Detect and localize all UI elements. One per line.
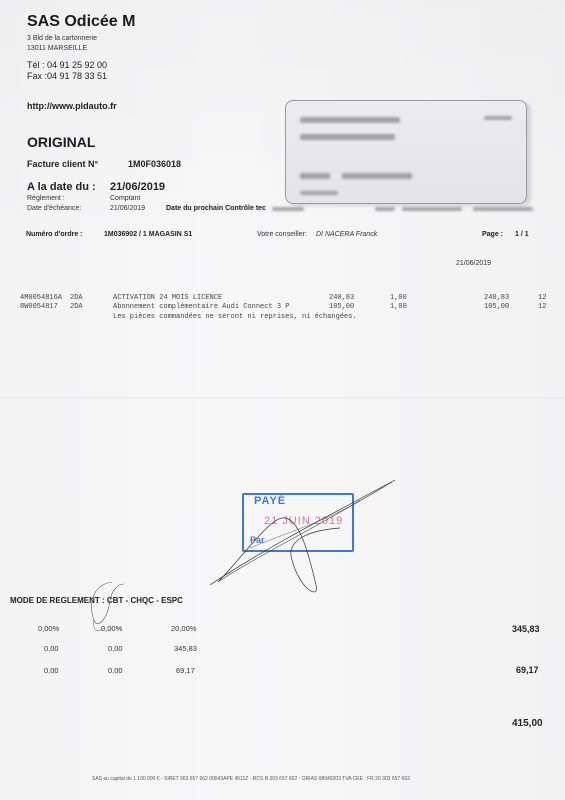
company-fax: Fax :04 91 78 33 51 — [27, 71, 107, 81]
payment-label: Réglement : — [27, 195, 65, 202]
line-description: ACTIVATION 24 MOIS LICENCE — [113, 294, 222, 302]
tax-base: 0,00 — [44, 644, 59, 653]
line-ref: 8W0054817 — [20, 303, 58, 311]
order-date: 21/06/2019 — [456, 260, 491, 267]
company-phone: Tél : 04 91 25 92 00 — [27, 60, 107, 70]
redacted-phone — [402, 207, 462, 211]
redacted-customer-zip — [300, 173, 330, 179]
customer-address-box — [285, 100, 527, 204]
total-ht: 345,83 — [512, 624, 540, 634]
tax-rate: 0,00% — [38, 624, 59, 633]
redacted-text — [375, 207, 395, 211]
redacted-customer-city — [342, 173, 412, 179]
line-code: 2DA — [70, 294, 83, 302]
tax-base: 0,00 — [108, 644, 123, 653]
next-inspection-label: Date du prochain Contrôle tec — [166, 205, 266, 212]
tax-amount: 69,17 — [176, 666, 195, 675]
advisor-name: DI NACERA Franck — [316, 231, 377, 238]
redacted-text — [484, 116, 512, 120]
redacted-customer-country — [300, 191, 338, 195]
invoice-number-label: Facture client N° — [27, 159, 98, 169]
redacted-phone — [473, 207, 533, 211]
line-unit-price: 105,00 — [329, 303, 354, 311]
redacted-customer-name — [300, 117, 400, 123]
legal-footer: SAS au capital de 1 100 000 € - SIRET 30… — [92, 776, 410, 782]
stamp-by-text: Par — [250, 535, 265, 545]
total-tva: 69,17 — [516, 665, 539, 675]
company-website: http://www.pldauto.fr — [27, 101, 117, 111]
tax-amount: 0,00 — [44, 666, 59, 675]
paid-stamp: PAYÉ 21 JUIN 2019 Par — [242, 493, 354, 552]
line-description: Abonnement complémentaire Audi Connect 3… — [113, 303, 289, 311]
line-vat-code: 12 — [538, 303, 546, 311]
company-name: SAS Odicée M — [27, 13, 135, 31]
page-label: Page : — [482, 231, 503, 238]
company-address-line1: 3 Bld de la cartonnerie — [27, 35, 97, 42]
tax-amount: 0,00 — [108, 666, 123, 675]
tax-rate: 20,00% — [171, 624, 196, 633]
tax-rate: 0,00% — [101, 624, 122, 633]
copy-label: ORIGINAL — [27, 134, 95, 150]
return-policy-notice: Les pièces commandées ne seront ni repri… — [113, 313, 357, 321]
tax-base: 345,83 — [174, 644, 197, 653]
line-total: 105,00 — [484, 303, 509, 311]
line-qty: 1,00 — [390, 294, 407, 302]
invoice-date-label: A la date du : — [27, 181, 96, 193]
line-code: 2DA — [70, 303, 83, 311]
order-number: 1M036902 / 1 MAGASIN S1 — [104, 231, 192, 238]
order-number-label: Numéro d'ordre : — [26, 231, 83, 238]
invoice-line: 8W0054817 2DA Abonnement complémentaire … — [0, 303, 565, 312]
line-total: 240,83 — [484, 294, 509, 302]
payment-value: Comptant — [110, 195, 140, 202]
invoice-date: 21/06/2019 — [110, 181, 165, 193]
invoice-number: 1M0F036018 — [128, 159, 181, 169]
paper-fold — [0, 397, 565, 398]
due-date-label: Date d'échéance: — [27, 205, 81, 212]
line-vat-code: 12 — [538, 294, 546, 302]
total-ttc: 415,00 — [512, 718, 543, 729]
line-ref: 4M0054816A — [20, 294, 62, 302]
company-address-line2: 13011 MARSEILLE — [27, 45, 87, 52]
payment-mode: MODE DE REGLEMENT : CBT - CHQC - ESPC — [10, 596, 183, 605]
due-date: 21/06/2019 — [110, 205, 145, 212]
redacted-inspection-date — [272, 207, 304, 211]
line-unit-price: 240,83 — [329, 294, 354, 302]
invoice-line: 4M0054816A 2DA ACTIVATION 24 MOIS LICENC… — [0, 294, 565, 303]
stamp-date: 21 JUIN 2019 — [264, 515, 343, 527]
stamp-paid-text: PAYÉ — [254, 495, 286, 507]
page-number: 1 / 1 — [515, 231, 529, 238]
advisor-label: Votre conseiller: — [257, 231, 307, 238]
line-qty: 1,00 — [390, 303, 407, 311]
redacted-customer-street — [300, 134, 395, 140]
